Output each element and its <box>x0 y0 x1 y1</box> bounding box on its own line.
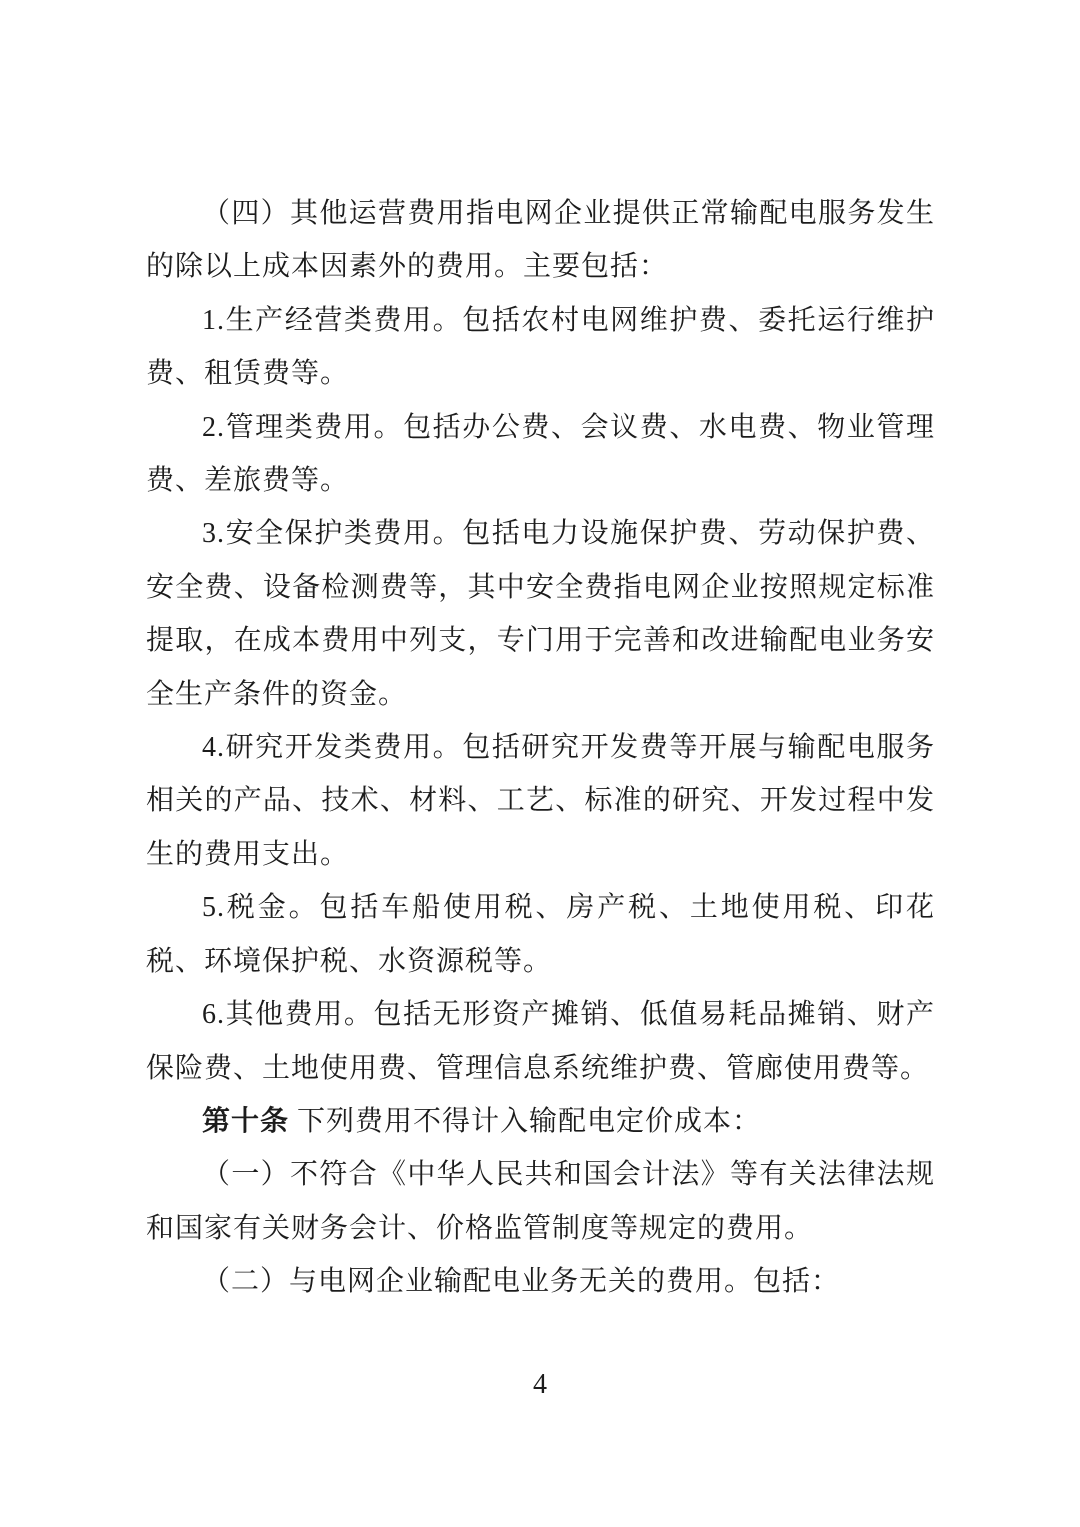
paragraph: （四）其他运营费用指电网企业提供正常输配电服务发生的除以上成本因素外的费用。主要… <box>146 187 935 294</box>
paragraph: 5.税金。包括车船使用税、房产税、土地使用税、印花税、环境保护税、水资源税等。 <box>146 881 935 988</box>
paragraph: 第十条 下列费用不得计入输配电定价成本： <box>146 1095 935 1148</box>
paragraph: 3.安全保护类费用。包括电力设施保护费、劳动保护费、安全费、设备检测费等，其中安… <box>146 507 935 721</box>
document-body: （四）其他运营费用指电网企业提供正常输配电服务发生的除以上成本因素外的费用。主要… <box>146 187 935 1309</box>
paragraph: 2.管理类费用。包括办公费、会议费、水电费、物业管理费、差旅费等。 <box>146 401 935 508</box>
paragraph: （一）不符合《中华人民共和国会计法》等有关法律法规和国家有关财务会计、价格监管制… <box>146 1148 935 1255</box>
page-number: 4 <box>0 1360 1080 1410</box>
paragraph: （二）与电网企业输配电业务无关的费用。包括： <box>146 1255 935 1308</box>
paragraph: 4.研究开发类费用。包括研究开发费等开展与输配电服务相关的产品、技术、材料、工艺… <box>146 721 935 881</box>
article-number: 第十条 <box>202 1106 289 1137</box>
paragraph: 6.其他费用。包括无形资产摊销、低值易耗品摊销、财产保险费、土地使用费、管理信息… <box>146 988 935 1095</box>
document-page: （四）其他运营费用指电网企业提供正常输配电服务发生的除以上成本因素外的费用。主要… <box>0 0 1080 1527</box>
paragraph: 1.生产经营类费用。包括农村电网维护费、委托运行维护费、租赁费等。 <box>146 294 935 401</box>
